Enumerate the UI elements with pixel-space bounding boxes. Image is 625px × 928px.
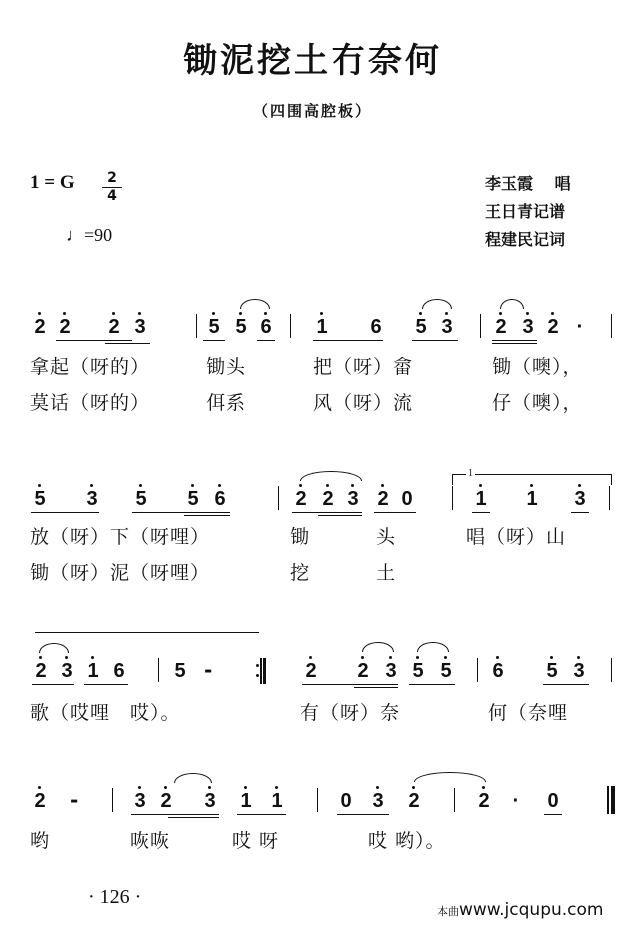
note: 3: [521, 316, 535, 339]
lyric: 放（呀）下（呀哩）: [30, 522, 210, 549]
lyric: 把（呀）畲: [313, 352, 413, 379]
underline: [131, 814, 219, 815]
tie: [414, 772, 486, 782]
note: 2: [107, 316, 121, 339]
watermark-label: 本曲: [437, 905, 459, 918]
barline: [452, 486, 453, 510]
quarter-note-icon: ♩: [66, 225, 84, 245]
note: 5: [411, 660, 425, 683]
note: 5: [173, 660, 187, 683]
lyric: 锄（噢），: [492, 352, 583, 379]
lyric: 仔（噢），: [492, 388, 583, 415]
song-title: 锄泥挖土冇奈何: [0, 33, 625, 82]
barline: [477, 658, 478, 682]
volta-number: 1: [466, 468, 475, 479]
note: 6: [369, 316, 383, 339]
note: 3: [60, 660, 74, 683]
final-barline: [607, 786, 615, 814]
note: 3: [440, 316, 454, 339]
credit-singer: 李玉霞 唱: [485, 170, 571, 198]
song-subtitle: （四围高腔板）: [0, 100, 625, 121]
note: 0: [400, 488, 414, 511]
note: 2: [546, 316, 560, 339]
note: 0: [339, 790, 353, 813]
underline: [132, 512, 230, 513]
note: 2: [376, 488, 390, 511]
dash: -: [204, 658, 212, 682]
augmentation-dot: ·: [573, 316, 587, 339]
note: 2: [407, 790, 421, 813]
barline: [609, 486, 610, 510]
note: 2: [356, 660, 370, 683]
note: 3: [572, 660, 586, 683]
barline: [480, 314, 481, 338]
slur: [300, 471, 362, 481]
underline: [354, 687, 398, 688]
note: 6: [491, 660, 505, 683]
key-signature: 1 = G: [30, 172, 75, 194]
barline: [158, 658, 159, 682]
lyric: 哟: [30, 826, 50, 853]
note: 5: [234, 316, 248, 339]
page-number: · 126 ·: [88, 886, 141, 909]
note: 1: [474, 488, 488, 511]
note: 3: [371, 790, 385, 813]
lyric: 佴系: [206, 388, 246, 415]
note: 5: [439, 660, 453, 683]
underline: [203, 340, 225, 341]
note: 5: [186, 488, 200, 511]
note: 3: [203, 790, 217, 813]
lyric: 唱（呀）山: [466, 522, 566, 549]
slur: [500, 299, 524, 309]
underline: [257, 340, 275, 341]
lyric: 哎 哟）。: [368, 826, 446, 853]
underline: [409, 684, 455, 685]
underline: [302, 684, 398, 685]
underline: [184, 515, 230, 516]
credit-lyrics: 程建民记词: [485, 226, 571, 254]
slur: [422, 299, 452, 309]
underline: [374, 512, 416, 513]
note: 2: [304, 660, 318, 683]
note: 2: [159, 790, 173, 813]
watermark: 本曲www.jcqupu.com: [437, 900, 603, 920]
lyric: 土: [376, 558, 396, 585]
repeat-end-barline: [256, 658, 266, 684]
tempo-marking: ♩=90: [66, 225, 112, 246]
note: 3: [85, 488, 99, 511]
underline: [492, 343, 537, 344]
underline: [168, 817, 219, 818]
lyric: 风（呀）流: [313, 388, 413, 415]
barline: [611, 314, 612, 338]
note: 1: [315, 316, 329, 339]
note: 5: [134, 488, 148, 511]
barline: [278, 486, 279, 510]
lyric: 锄: [290, 522, 310, 549]
note: 6: [112, 660, 126, 683]
time-numerator: 2: [102, 170, 122, 187]
note: 6: [259, 316, 273, 339]
slur: [362, 642, 394, 652]
note: 2: [494, 316, 508, 339]
note: 3: [384, 660, 398, 683]
note: 1: [525, 488, 539, 511]
lyric: 歌（哎哩 哎）。: [30, 698, 181, 725]
underline: [237, 814, 286, 815]
note: 5: [545, 660, 559, 683]
note: 5: [414, 316, 428, 339]
note: 1: [270, 790, 284, 813]
barline: [317, 788, 318, 812]
lyric: 锄（呀）泥（呀哩）: [30, 558, 210, 585]
note: 5: [33, 488, 47, 511]
barline: [611, 658, 612, 682]
underline: [318, 515, 362, 516]
note: 2: [294, 488, 308, 511]
note: 2: [34, 660, 48, 683]
underline: [571, 512, 589, 513]
barline: [196, 314, 197, 338]
note: 3: [346, 488, 360, 511]
note: 0: [546, 790, 560, 813]
lyric: 头: [376, 522, 396, 549]
note: 2: [58, 316, 72, 339]
note: 3: [133, 316, 147, 339]
credit-notation: 王日青记谱: [485, 198, 571, 226]
lyric: 拿起（呀的）: [30, 352, 150, 379]
time-denominator: 4: [102, 188, 122, 205]
watermark-url[interactable]: www.jcqupu.com: [459, 900, 603, 920]
underline: [492, 340, 537, 341]
dash: -: [70, 788, 78, 812]
augmentation-dot: ·: [509, 790, 523, 813]
lyric: 锄头: [206, 352, 246, 379]
note: 2: [33, 316, 47, 339]
underline: [84, 684, 128, 685]
underline: [337, 814, 389, 815]
barline: [454, 788, 455, 812]
underline: [543, 684, 589, 685]
slur: [39, 643, 69, 653]
time-signature: 2 4: [102, 170, 122, 205]
lyric: 咴咴: [130, 826, 170, 853]
lyric: 莫话（呀的）: [30, 388, 150, 415]
slur: [174, 773, 212, 783]
lyric: 何（奈哩: [488, 698, 568, 725]
underline: [412, 340, 458, 341]
volta-continuation-line: [35, 632, 259, 633]
barline: [290, 314, 291, 338]
note: 2: [321, 488, 335, 511]
underline: [313, 340, 383, 341]
note: 1: [86, 660, 100, 683]
underline: [56, 340, 132, 341]
underline: [472, 512, 490, 513]
note: 1: [239, 790, 253, 813]
lyric: 哎 呀: [232, 826, 279, 853]
note: 5: [207, 316, 221, 339]
note: 3: [133, 790, 147, 813]
slur: [417, 642, 449, 652]
underline: [292, 512, 362, 513]
note: 6: [213, 488, 227, 511]
slur: [240, 299, 270, 309]
barline: [112, 788, 113, 812]
underline: [544, 814, 562, 815]
note: 3: [573, 488, 587, 511]
note: 2: [477, 790, 491, 813]
note: 2: [33, 790, 47, 813]
underline: [32, 684, 74, 685]
underline: [105, 343, 150, 344]
lyric: 有（呀）奈: [300, 698, 400, 725]
underline: [31, 512, 99, 513]
lyric: 挖: [290, 558, 310, 585]
credits: 李玉霞 唱 王日青记谱 程建民记词: [485, 170, 571, 254]
